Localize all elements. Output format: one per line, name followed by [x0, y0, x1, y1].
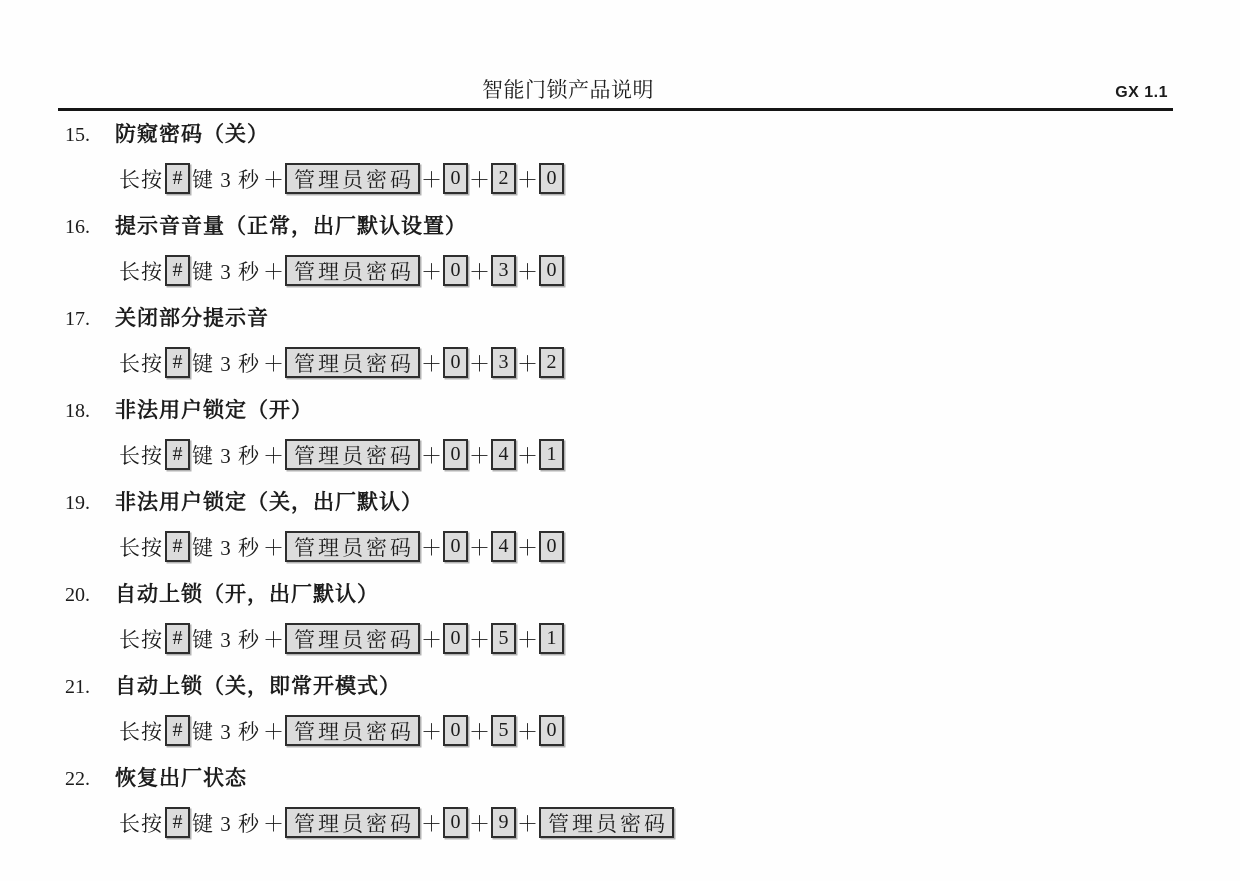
plus-icon: ＋	[263, 808, 284, 838]
plus-icon: ＋	[517, 440, 538, 470]
plus-icon: ＋	[421, 716, 442, 746]
key-sequence: 长按#键 3 秒＋管理员密码＋0＋3＋0	[117, 255, 1200, 286]
page-title: 智能门锁产品说明	[482, 74, 654, 104]
sequence-text: 键 3 秒	[192, 624, 260, 654]
key-box: 5	[491, 715, 516, 746]
item-title-row: 18. 非法用户锁定（开）	[65, 398, 1200, 422]
key-box: #	[165, 347, 190, 378]
item-number: 20.	[65, 583, 115, 607]
key-box: #	[165, 439, 190, 470]
key-box: #	[165, 715, 190, 746]
admin-password-key-box: 管理员密码	[285, 347, 420, 378]
sequence-text: 长按	[119, 532, 163, 562]
key-box: #	[165, 807, 190, 838]
key-box: 2	[539, 347, 564, 378]
plus-icon: ＋	[263, 716, 284, 746]
item-title-row: 15. 防窥密码（关）	[65, 122, 1200, 146]
key-box: 4	[491, 439, 516, 470]
item-title: 自动上锁（关，即常开模式）	[115, 674, 401, 698]
key-box: 3	[491, 347, 516, 378]
sequence-text: 长按	[119, 716, 163, 746]
key-box: 0	[443, 531, 468, 562]
item-title-row: 22. 恢复出厂状态	[65, 766, 1200, 790]
plus-icon: ＋	[263, 440, 284, 470]
key-box: #	[165, 163, 190, 194]
admin-password-key-box: 管理员密码	[285, 163, 420, 194]
key-sequence: 长按#键 3 秒＋管理员密码＋0＋4＋1	[117, 439, 1200, 470]
item-number: 21.	[65, 675, 115, 699]
plus-icon: ＋	[517, 532, 538, 562]
key-box: 4	[491, 531, 516, 562]
admin-password-key-box: 管理员密码	[285, 623, 420, 654]
key-sequence: 长按#键 3 秒＋管理员密码＋0＋4＋0	[117, 531, 1200, 562]
item-title: 非法用户锁定（开）	[115, 398, 313, 422]
instruction-item: 19. 非法用户锁定（关，出厂默认） 长按#键 3 秒＋管理员密码＋0＋4＋0	[65, 490, 1200, 562]
item-title: 提示音音量（正常，出厂默认设置）	[115, 214, 467, 238]
item-title: 非法用户锁定（关，出厂默认）	[115, 490, 423, 514]
plus-icon: ＋	[421, 256, 442, 286]
key-sequence: 长按#键 3 秒＋管理员密码＋0＋5＋0	[117, 715, 1200, 746]
plus-icon: ＋	[469, 164, 490, 194]
key-sequence: 长按#键 3 秒＋管理员密码＋0＋2＋0	[117, 163, 1200, 194]
key-box: 0	[443, 255, 468, 286]
sequence-text: 键 3 秒	[192, 348, 260, 378]
item-title: 恢复出厂状态	[115, 766, 247, 790]
key-box: 0	[443, 623, 468, 654]
item-title-row: 16. 提示音音量（正常，出厂默认设置）	[65, 214, 1200, 238]
document-page: 智能门锁产品说明 GX 1.1 15. 防窥密码（关） 长按#键 3 秒＋管理员…	[0, 0, 1240, 881]
key-box: 5	[491, 623, 516, 654]
admin-password-key-box: 管理员密码	[285, 715, 420, 746]
key-box: #	[165, 623, 190, 654]
plus-icon: ＋	[517, 348, 538, 378]
instruction-item: 17. 关闭部分提示音 长按#键 3 秒＋管理员密码＋0＋3＋2	[65, 306, 1200, 378]
sequence-text: 键 3 秒	[192, 808, 260, 838]
key-box: 0	[443, 807, 468, 838]
sequence-text: 键 3 秒	[192, 716, 260, 746]
plus-icon: ＋	[421, 624, 442, 654]
item-title: 自动上锁（开，出厂默认）	[115, 582, 379, 606]
item-number: 22.	[65, 767, 115, 791]
sequence-text: 键 3 秒	[192, 256, 260, 286]
item-number: 17.	[65, 307, 115, 331]
instruction-item: 18. 非法用户锁定（开） 长按#键 3 秒＋管理员密码＋0＋4＋1	[65, 398, 1200, 470]
key-box: 0	[443, 439, 468, 470]
item-number: 15.	[65, 123, 115, 147]
plus-icon: ＋	[421, 440, 442, 470]
plus-icon: ＋	[469, 808, 490, 838]
instruction-item: 20. 自动上锁（开，出厂默认） 长按#键 3 秒＋管理员密码＋0＋5＋1	[65, 582, 1200, 654]
key-box: 0	[539, 531, 564, 562]
sequence-text: 长按	[119, 256, 163, 286]
sequence-text: 长按	[119, 348, 163, 378]
item-title-row: 20. 自动上锁（开，出厂默认）	[65, 582, 1200, 606]
admin-password-key-box: 管理员密码	[539, 807, 674, 838]
instruction-item: 21. 自动上锁（关，即常开模式） 长按#键 3 秒＋管理员密码＋0＋5＋0	[65, 674, 1200, 746]
instruction-list: 15. 防窥密码（关） 长按#键 3 秒＋管理员密码＋0＋2＋0 16. 提示音…	[65, 122, 1200, 858]
item-title: 关闭部分提示音	[115, 306, 269, 330]
admin-password-key-box: 管理员密码	[285, 439, 420, 470]
item-title-row: 21. 自动上锁（关，即常开模式）	[65, 674, 1200, 698]
key-box: 9	[491, 807, 516, 838]
key-box: #	[165, 255, 190, 286]
instruction-item: 16. 提示音音量（正常，出厂默认设置） 长按#键 3 秒＋管理员密码＋0＋3＋…	[65, 214, 1200, 286]
instruction-item: 15. 防窥密码（关） 长按#键 3 秒＋管理员密码＋0＋2＋0	[65, 122, 1200, 194]
key-box: 0	[443, 163, 468, 194]
plus-icon: ＋	[517, 808, 538, 838]
plus-icon: ＋	[469, 440, 490, 470]
sequence-text: 键 3 秒	[192, 532, 260, 562]
key-box: 1	[539, 623, 564, 654]
plus-icon: ＋	[421, 348, 442, 378]
item-title-row: 17. 关闭部分提示音	[65, 306, 1200, 330]
plus-icon: ＋	[469, 256, 490, 286]
admin-password-key-box: 管理员密码	[285, 531, 420, 562]
plus-icon: ＋	[517, 716, 538, 746]
key-box: 3	[491, 255, 516, 286]
plus-icon: ＋	[263, 624, 284, 654]
item-number: 18.	[65, 399, 115, 423]
key-sequence: 长按#键 3 秒＋管理员密码＋0＋9＋管理员密码	[117, 807, 1200, 838]
plus-icon: ＋	[517, 256, 538, 286]
version-label: GX 1.1	[1115, 84, 1168, 102]
key-box: 0	[539, 715, 564, 746]
key-sequence: 长按#键 3 秒＋管理员密码＋0＋3＋2	[117, 347, 1200, 378]
key-box: 2	[491, 163, 516, 194]
plus-icon: ＋	[469, 348, 490, 378]
sequence-text: 长按	[119, 164, 163, 194]
key-box: 0	[539, 163, 564, 194]
plus-icon: ＋	[421, 808, 442, 838]
sequence-text: 长按	[119, 624, 163, 654]
key-sequence: 长按#键 3 秒＋管理员密码＋0＋5＋1	[117, 623, 1200, 654]
plus-icon: ＋	[517, 624, 538, 654]
plus-icon: ＋	[517, 164, 538, 194]
plus-icon: ＋	[421, 532, 442, 562]
item-number: 16.	[65, 215, 115, 239]
instruction-item: 22. 恢复出厂状态 长按#键 3 秒＋管理员密码＋0＋9＋管理员密码	[65, 766, 1200, 838]
plus-icon: ＋	[469, 532, 490, 562]
item-title: 防窥密码（关）	[115, 122, 269, 146]
key-box: #	[165, 531, 190, 562]
plus-icon: ＋	[263, 164, 284, 194]
key-box: 0	[443, 715, 468, 746]
item-number: 19.	[65, 491, 115, 515]
plus-icon: ＋	[263, 348, 284, 378]
sequence-text: 长按	[119, 440, 163, 470]
plus-icon: ＋	[263, 532, 284, 562]
key-box: 0	[539, 255, 564, 286]
key-box: 0	[443, 347, 468, 378]
plus-icon: ＋	[421, 164, 442, 194]
sequence-text: 键 3 秒	[192, 164, 260, 194]
plus-icon: ＋	[469, 624, 490, 654]
admin-password-key-box: 管理员密码	[285, 255, 420, 286]
header-divider	[58, 108, 1173, 111]
item-title-row: 19. 非法用户锁定（关，出厂默认）	[65, 490, 1200, 514]
sequence-text: 键 3 秒	[192, 440, 260, 470]
plus-icon: ＋	[263, 256, 284, 286]
plus-icon: ＋	[469, 716, 490, 746]
admin-password-key-box: 管理员密码	[285, 807, 420, 838]
key-box: 1	[539, 439, 564, 470]
sequence-text: 长按	[119, 808, 163, 838]
